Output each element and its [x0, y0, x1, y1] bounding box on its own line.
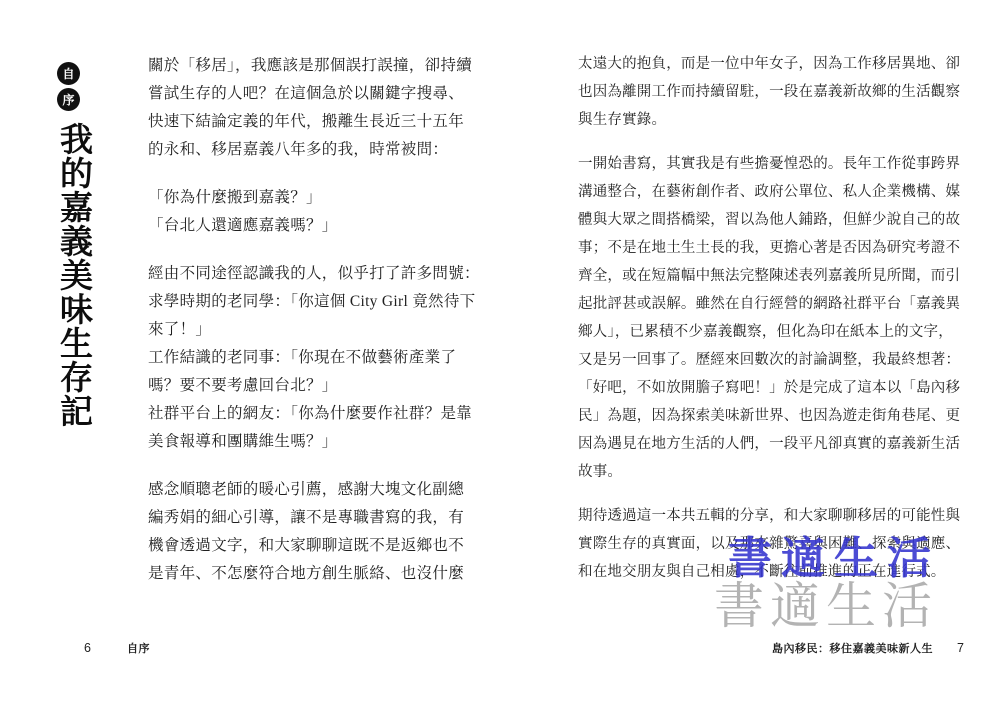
left-page-text: 關於「移居」，我應該是那個誤打誤撞，卻持續嘗試生存的人吧？在這個急於以關鍵字搜尋…	[148, 52, 453, 608]
text-line: 感念順聰老師的暖心引薦，感謝大塊文化副總	[148, 476, 453, 504]
text-line: 嘗試生存的人吧？在這個急於以關鍵字搜尋、	[148, 80, 453, 108]
chapter-title: 我的嘉義美味生存記	[42, 122, 98, 428]
left-page-footer: 6 自序	[84, 640, 150, 656]
text-line: 期待透過這一本共五輯的分享，和大家聊聊移居的可能性與	[578, 502, 946, 530]
text-line: 也因為離開工作而持續留駐，一段在嘉義新故鄉的生活觀察	[578, 78, 946, 106]
text-line: 體與大眾之間搭橋梁，習以為他人鋪路，但鮮少說自己的故	[578, 206, 946, 234]
chapter-badges: 自 序	[57, 62, 80, 111]
text-line: 鄉人」，已累積不少嘉義觀察，但化為印在紙本上的文字，	[578, 318, 946, 346]
text-line: 故事。	[578, 458, 946, 486]
text-line: 美食報導和團購維生嗎？」	[148, 428, 453, 456]
text-line: 「台北人還適應嘉義嗎？」	[148, 212, 453, 240]
text-line: 經由不同途徑認識我的人，似乎打了許多問號：	[148, 260, 453, 288]
text-line: 快速下結論定義的年代，搬離生長近三十五年	[148, 108, 453, 136]
right-page-text: 太遠大的抱負，而是一位中年女子，因為工作移居異地、卻也因為離開工作而持續留駐，一…	[578, 50, 946, 602]
left-page-number: 6	[84, 641, 91, 655]
text-line: 編秀娟的細心引導，讓不是專職書寫的我，有	[148, 504, 453, 532]
text-line: 求學時期的老同學：「你這個 City Girl 竟然待下	[148, 288, 453, 316]
chapter-badge-zi: 自	[57, 62, 80, 85]
paragraph: 感念順聰老師的暖心引薦，感謝大塊文化副總編秀娟的細心引導，讓不是專職書寫的我，有…	[148, 476, 453, 588]
right-page-footer: 島內移民：移住嘉義美味新人生 7	[772, 640, 964, 656]
text-line: 又是另一回事了。歷經來回數次的討論調整，我最終想著：	[578, 346, 946, 374]
text-line: 的永和、移居嘉義八年多的我，時常被問：	[148, 136, 453, 164]
paragraph: 太遠大的抱負，而是一位中年女子，因為工作移居異地、卻也因為離開工作而持續留駐，一…	[578, 50, 946, 134]
text-line: 社群平台上的網友：「你為什麼要作社群？是靠	[148, 400, 453, 428]
text-line: 因為遇見在地方生活的人們，一段平凡卻真實的嘉義新生活	[578, 430, 946, 458]
chapter-badge-xu: 序	[57, 88, 80, 111]
text-line: 「好吧，不如放開膽子寫吧！」於是完成了這本以「島內移	[578, 374, 946, 402]
paragraph: 一開始書寫，其實我是有些擔憂惶恐的。長年工作從事跨界溝通整合，在藝術創作者、政府…	[578, 150, 946, 486]
text-line: 太遠大的抱負，而是一位中年女子，因為工作移居異地、卻	[578, 50, 946, 78]
paragraph: 關於「移居」，我應該是那個誤打誤撞，卻持續嘗試生存的人吧？在這個急於以關鍵字搜尋…	[148, 52, 453, 164]
text-line: 民」為題，因為探索美味新世界、也因為遊走街角巷尾、更	[578, 402, 946, 430]
text-line: 來了！」	[148, 316, 453, 344]
left-footer-label: 自序	[127, 640, 150, 656]
text-line: 關於「移居」，我應該是那個誤打誤撞，卻持續	[148, 52, 453, 80]
paragraph: 「你為什麼搬到嘉義？」「台北人還適應嘉義嗎？」	[148, 184, 453, 240]
text-line: 與生存實錄。	[578, 106, 946, 134]
text-line: 嗎？要不要考慮回台北？」	[148, 372, 453, 400]
text-line: 「你為什麼搬到嘉義？」	[148, 184, 453, 212]
text-line: 實際生存的真實面，以及那夾雜驚喜與困難、探索與適應、	[578, 530, 946, 558]
text-line: 齊全，或在短篇幅中無法完整陳述表列嘉義所見所聞，而引	[578, 262, 946, 290]
text-line: 起批評甚或誤解。雖然在自行經營的網路社群平台「嘉義異	[578, 290, 946, 318]
paragraph: 期待透過這一本共五輯的分享，和大家聊聊移居的可能性與實際生存的真實面，以及那夾雜…	[578, 502, 946, 586]
book-spread: 自 序 我的嘉義美味生存記 關於「移居」，我應該是那個誤打誤撞，卻持續嘗試生存的…	[0, 0, 1000, 709]
paragraph: 經由不同途徑認識我的人，似乎打了許多問號：求學時期的老同學：「你這個 City …	[148, 260, 453, 456]
text-line: 溝通整合，在藝術創作者、政府公單位、私人企業機構、媒	[578, 178, 946, 206]
right-page-number: 7	[957, 641, 964, 655]
text-line: 一開始書寫，其實我是有些擔憂惶恐的。長年工作從事跨界	[578, 150, 946, 178]
text-line: 是青年、不怎麼符合地方創生脈絡、也沒什麼	[148, 560, 453, 588]
right-footer-label: 島內移民：移住嘉義美味新人生	[772, 640, 933, 656]
text-line: 和在地交朋友與自己相處，不斷往前推進的正在進行式。	[578, 558, 946, 586]
text-line: 事；不是在地土生土長的我，更擔心著是否因為研究考證不	[578, 234, 946, 262]
text-line: 機會透過文字，和大家聊聊這既不是返鄉也不	[148, 532, 453, 560]
text-line: 工作結識的老同事：「你現在不做藝術產業了	[148, 344, 453, 372]
